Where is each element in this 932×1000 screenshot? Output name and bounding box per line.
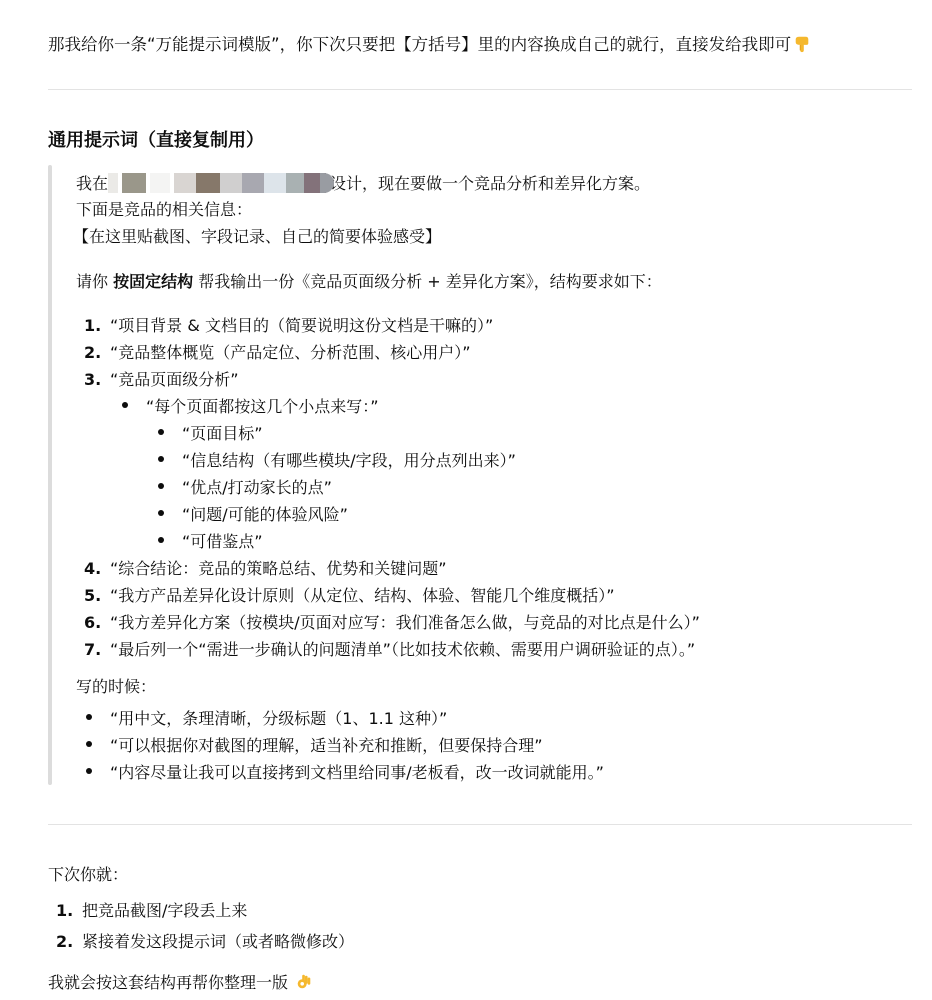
bullet-icon bbox=[86, 741, 92, 747]
divider-top bbox=[48, 89, 912, 90]
pointing-down-hand-emoji-icon bbox=[793, 35, 811, 53]
item-number: 5. bbox=[84, 586, 110, 605]
bullet-icon bbox=[86, 714, 92, 720]
step-number: 2. bbox=[56, 932, 82, 951]
subsub-text: “问题/可能的体验风险” bbox=[182, 505, 348, 524]
numbered-item-2: 2.“竞品整体概览（产品定位、分析范围、核心用户）” bbox=[84, 340, 471, 363]
prompt-request: 请你 按固定结构 帮我输出一份《竞品页面级分析 + 差异化方案》，结构要求如下： bbox=[76, 269, 662, 292]
prompt-line-1-after: 设计，现在要做一个竞品分析和差异化方案。 bbox=[330, 174, 650, 193]
writing-bullet-1: “用中文，条理清晰，分级标题（1、1.1 这种）” bbox=[86, 706, 447, 729]
item-number: 1. bbox=[84, 316, 110, 335]
bullet-icon bbox=[158, 510, 164, 516]
numbered-item-6: 6.“我方差异化方案（按模块/页面对应写：我们准备怎么做，与竞品的对比点是什么）… bbox=[84, 610, 700, 633]
bullet-icon bbox=[158, 537, 164, 543]
writing-bullet-3: “内容尽量让我可以直接拷到文档里给同事/老板看，改一改词就能用。” bbox=[86, 760, 604, 783]
item-number: 4. bbox=[84, 559, 110, 578]
numbered-item-4: 4.“综合结论：竞品的策略总结、优势和关键问题” bbox=[84, 556, 447, 579]
request-bold: 按固定结构 bbox=[113, 272, 193, 291]
item-text: “我方产品差异化设计原则（从定位、结构、体验、智能几个维度概括）” bbox=[110, 586, 615, 605]
bullet-icon bbox=[158, 456, 164, 462]
writing-bullet-text: “内容尽量让我可以直接拷到文档里给同事/老板看，改一改词就能用。” bbox=[110, 763, 604, 782]
subsub-bullet-5: “可借鉴点” bbox=[158, 529, 263, 552]
closing-text-content: 我就会按这套结构再帮你整理一版 bbox=[48, 973, 288, 992]
writing-bullet-text: “用中文，条理清晰，分级标题（1、1.1 这种）” bbox=[110, 709, 447, 728]
chat-message: 那我给你一条“万能提示词模版”，你下次只要把【方括号】里的内容换成自己的就行，直… bbox=[0, 0, 932, 1000]
bullet-icon bbox=[158, 483, 164, 489]
divider-bottom bbox=[48, 824, 912, 825]
request-prefix: 请你 bbox=[76, 272, 113, 291]
request-suffix: 帮我输出一份《竞品页面级分析 + 差异化方案》，结构要求如下： bbox=[193, 272, 662, 291]
item-number: 3. bbox=[84, 370, 110, 389]
bullet-icon bbox=[86, 768, 92, 774]
step-number: 1. bbox=[56, 901, 82, 920]
item-text: “最后列一个“需进一步确认的问题清单”（比如技术依赖、需要用户调研验证的点）。” bbox=[110, 640, 695, 659]
prompt-line-3: 【在这里贴截图、字段记录、自己的简要体验感受】 bbox=[73, 224, 441, 247]
prompt-line-1-before: 我在 bbox=[76, 174, 108, 193]
item-number: 7. bbox=[84, 640, 110, 659]
writing-label: 写的时候： bbox=[76, 674, 156, 697]
subsub-bullet-1: “页面目标” bbox=[158, 421, 263, 444]
closing-text: 我就会按这套结构再帮你整理一版 bbox=[48, 970, 313, 993]
subsub-text: “页面目标” bbox=[182, 424, 263, 443]
step-text: 把竞品截图/字段丢上来 bbox=[82, 901, 247, 920]
writing-bullet-text: “可以根据你对截图的理解，适当补充和推断，但要保持合理” bbox=[110, 736, 543, 755]
bullet-icon bbox=[158, 429, 164, 435]
item-number: 2. bbox=[84, 343, 110, 362]
prompt-line-2: 下面是竞品的相关信息： bbox=[76, 197, 252, 220]
subsub-bullet-4: “问题/可能的体验风险” bbox=[158, 502, 348, 525]
ok-hand-emoji-icon bbox=[295, 973, 313, 991]
subsub-bullet-3: “优点/打动家长的点” bbox=[158, 475, 332, 498]
item-text: “项目背景 & 文档目的（简要说明这份文档是干嘛的）” bbox=[110, 316, 493, 335]
item-text: “竞品页面级分析” bbox=[110, 370, 239, 389]
prompt-line-1: 我在 设计，现在要做一个竞品分析和差异化方案。 bbox=[76, 171, 650, 194]
numbered-item-5: 5.“我方产品差异化设计原则（从定位、结构、体验、智能几个维度概括）” bbox=[84, 583, 615, 606]
item-number: 6. bbox=[84, 613, 110, 632]
redacted-blur bbox=[108, 173, 330, 193]
sub-bullet: “每个页面都按这几个小点来写：” bbox=[122, 394, 379, 417]
bullet-icon bbox=[122, 402, 128, 408]
intro-text: 那我给你一条“万能提示词模版”，你下次只要把【方括号】里的内容换成自己的就行，直… bbox=[48, 31, 811, 55]
next-step-2: 2.紧接着发这段提示词（或者略微修改） bbox=[56, 929, 354, 952]
intro-text-content: 那我给你一条“万能提示词模版”，你下次只要把【方括号】里的内容换成自己的就行，直… bbox=[48, 35, 791, 54]
item-text: “综合结论：竞品的策略总结、优势和关键问题” bbox=[110, 559, 447, 578]
subsub-bullet-2: “信息结构（有哪些模块/字段，用分点列出来）” bbox=[158, 448, 516, 471]
numbered-item-7: 7.“最后列一个“需进一步确认的问题清单”（比如技术依赖、需要用户调研验证的点）… bbox=[84, 637, 695, 660]
item-text: “我方差异化方案（按模块/页面对应写：我们准备怎么做，与竞品的对比点是什么）” bbox=[110, 613, 700, 632]
next-label: 下次你就： bbox=[48, 862, 128, 885]
numbered-item-1: 1.“项目背景 & 文档目的（简要说明这份文档是干嘛的）” bbox=[84, 313, 493, 336]
item-text: “竞品整体概览（产品定位、分析范围、核心用户）” bbox=[110, 343, 471, 362]
next-step-1: 1.把竞品截图/字段丢上来 bbox=[56, 898, 247, 921]
sub-bullet-text: “每个页面都按这几个小点来写：” bbox=[146, 397, 379, 416]
subsub-text: “优点/打动家长的点” bbox=[182, 478, 332, 497]
section-title: 通用提示词（直接复制用） bbox=[48, 126, 264, 152]
numbered-item-3: 3.“竞品页面级分析” bbox=[84, 367, 239, 390]
step-text: 紧接着发这段提示词（或者略微修改） bbox=[82, 932, 354, 951]
blockquote-bar bbox=[48, 165, 52, 785]
subsub-text: “可借鉴点” bbox=[182, 532, 263, 551]
subsub-text: “信息结构（有哪些模块/字段，用分点列出来）” bbox=[182, 451, 516, 470]
writing-bullet-2: “可以根据你对截图的理解，适当补充和推断，但要保持合理” bbox=[86, 733, 543, 756]
